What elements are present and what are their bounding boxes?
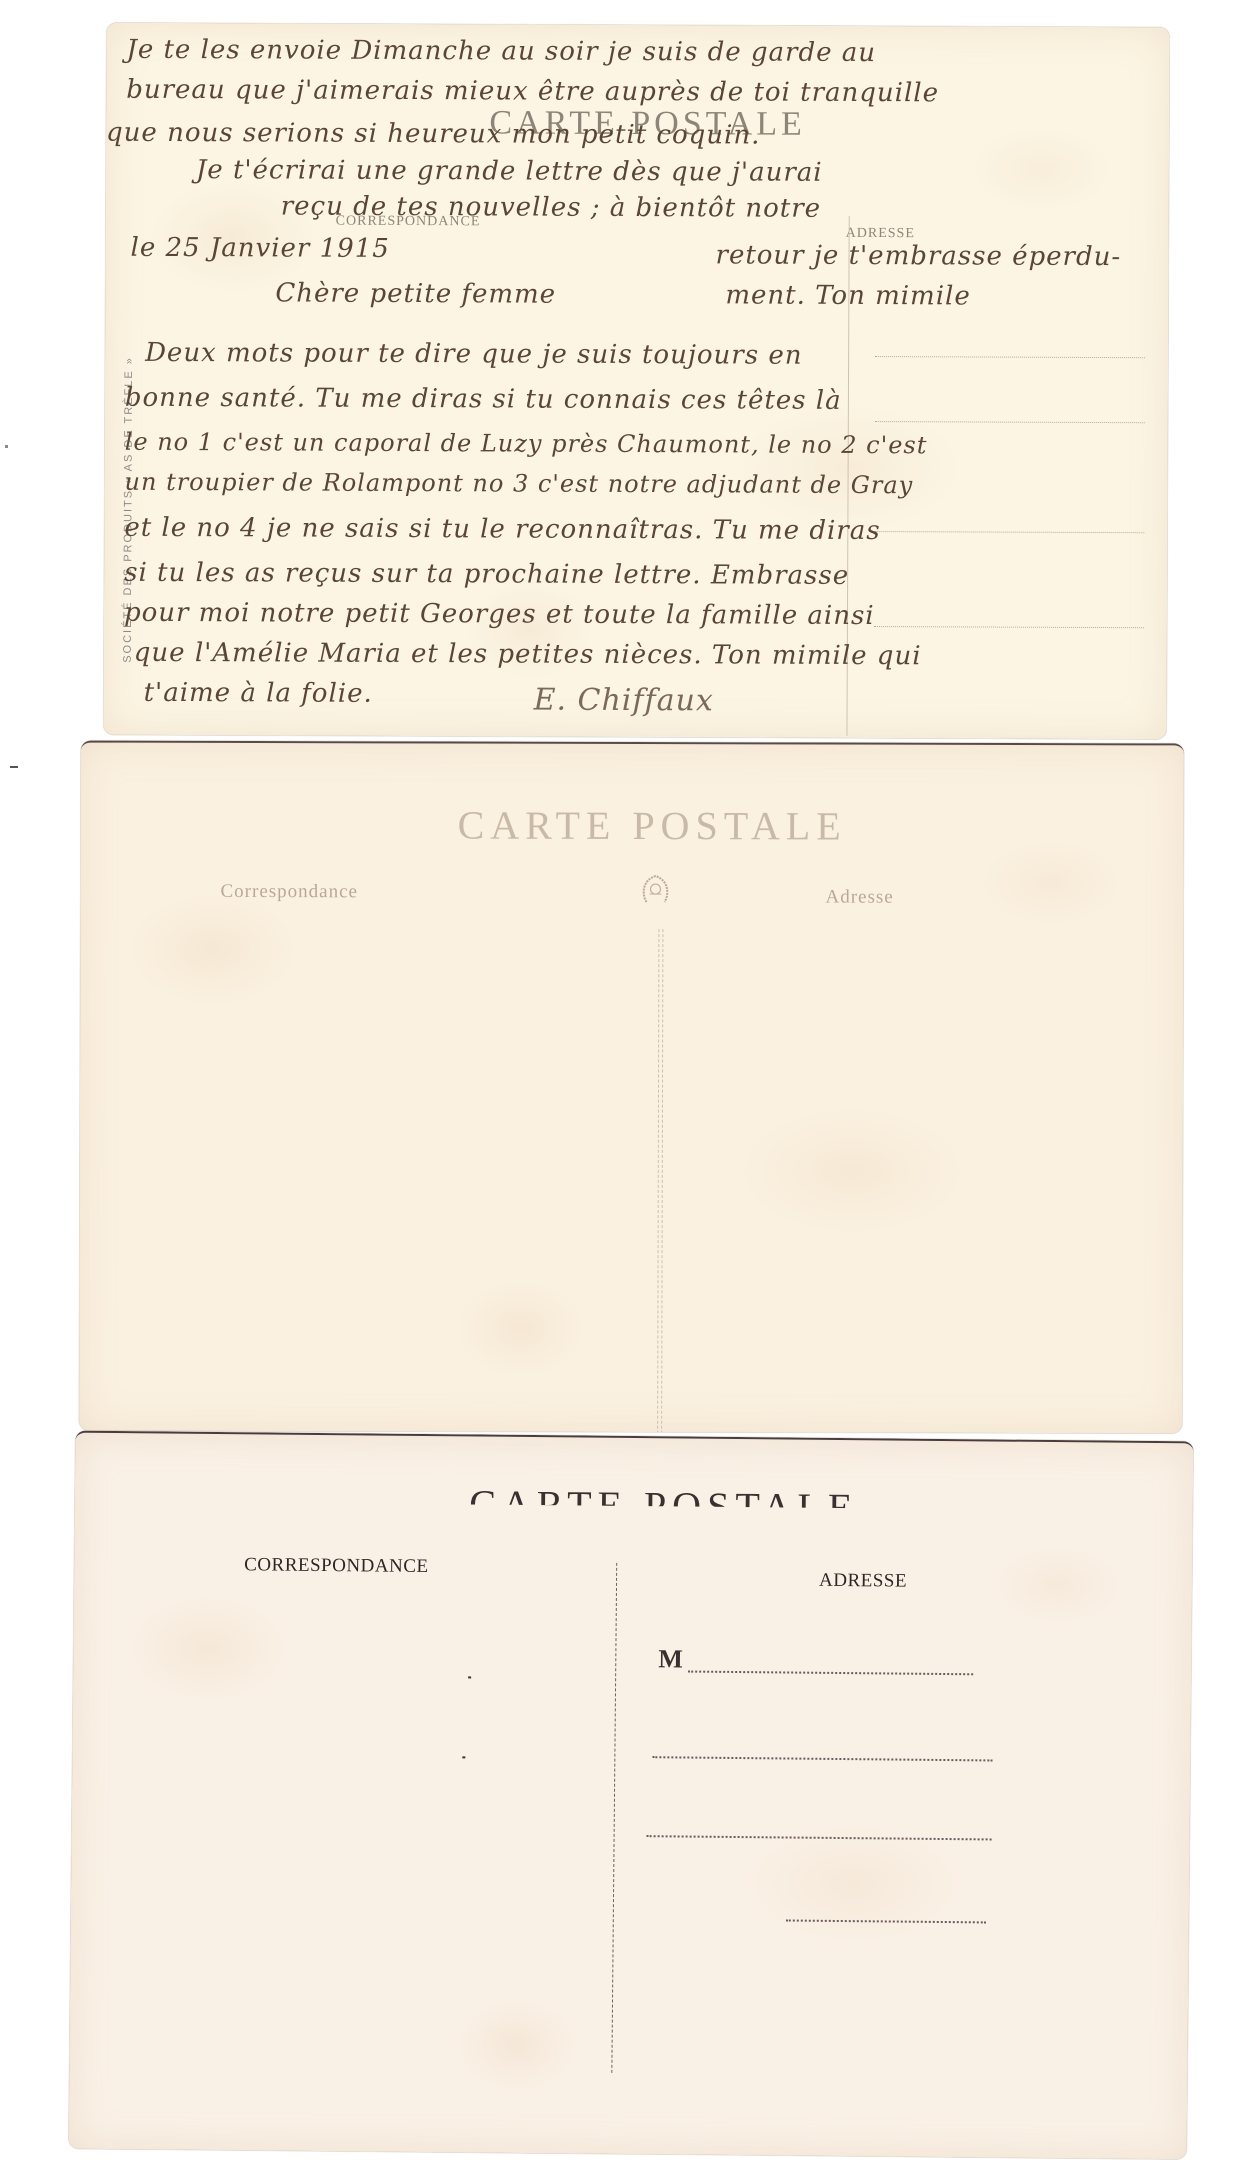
postcard-2-back: CARTE POSTALE Correspondance Adresse — [79, 741, 1184, 1434]
postcard-3-back: CARTE POSTALE CORRESPONDANCE ADRESSE M — [69, 1431, 1194, 2160]
handwritten-line: que l'Amélie Maria et les petites nièces… — [134, 638, 922, 671]
handwritten-line: le no 1 c'est un caporal de Luzy près Ch… — [125, 428, 928, 460]
handwritten-line: pour moi notre petit Georges et toute la… — [124, 598, 875, 631]
handwritten-line: Je t'écrirai une grande lettre dès que j… — [196, 155, 823, 188]
correspondance-label: CORRESPONDANCE — [244, 1554, 429, 1578]
handwritten-line: et le no 4 je ne sais si tu le reconnaît… — [124, 513, 880, 546]
printed-title: CARTE POSTALE — [81, 801, 1184, 851]
center-divider — [657, 929, 664, 1433]
adresse-label: Adresse — [825, 887, 893, 909]
printed-title: CARTE POSTALE — [75, 1471, 1193, 1512]
center-divider — [611, 1563, 617, 2073]
paper-speck — [462, 1756, 465, 1758]
address-line-3 — [647, 1835, 992, 1840]
handwritten-line: Chère petite femme — [275, 278, 556, 309]
address-prefix: M — [658, 1644, 683, 1674]
handwritten-line: t'aime à la folie. — [144, 678, 373, 709]
handwritten-line: ment. Ton mimile — [725, 280, 971, 311]
address-line-1 — [688, 1671, 973, 1676]
handwritten-line: un troupier de Rolampont no 3 c'est notr… — [124, 468, 913, 499]
scanner-mark — [5, 445, 8, 448]
adresse-label: ADRESSE — [819, 1570, 907, 1593]
handwritten-line: que nous serions si heureux mon petit co… — [106, 118, 760, 151]
publisher-emblem-icon — [640, 872, 670, 906]
postcard-1-back: CARTE POSTALE CORRESPONDANCE ADRESSE SOC… — [103, 23, 1169, 740]
handwritten-line: Deux mots pour te dire que je suis toujo… — [145, 338, 803, 371]
handwritten-line: reçu de tes nouvelles ; à bientôt notre — [281, 191, 821, 223]
handwritten-line: bonne santé. Tu me diras si tu connais c… — [125, 383, 842, 416]
handwritten-message: Je te les envoie Dimanche au soir je sui… — [103, 23, 1169, 740]
handwritten-line: le 25 Janvier 1915 — [131, 233, 390, 264]
address-line-4 — [786, 1919, 986, 1923]
handwritten-line: retour je t'embrasse éperdu- — [715, 240, 1121, 272]
paper-speck — [468, 1676, 471, 1678]
signature: E. Chiffaux — [534, 683, 714, 719]
handwritten-line: Je te les envoie Dimanche au soir je sui… — [126, 35, 876, 68]
scanner-mark — [10, 766, 18, 768]
address-line-2 — [652, 1756, 992, 1761]
handwritten-line: bureau que j'aimerais mieux être auprès … — [126, 75, 939, 109]
handwritten-line: si tu les as reçus sur ta prochaine lett… — [124, 558, 849, 591]
correspondance-label: Correspondance — [220, 881, 358, 903]
